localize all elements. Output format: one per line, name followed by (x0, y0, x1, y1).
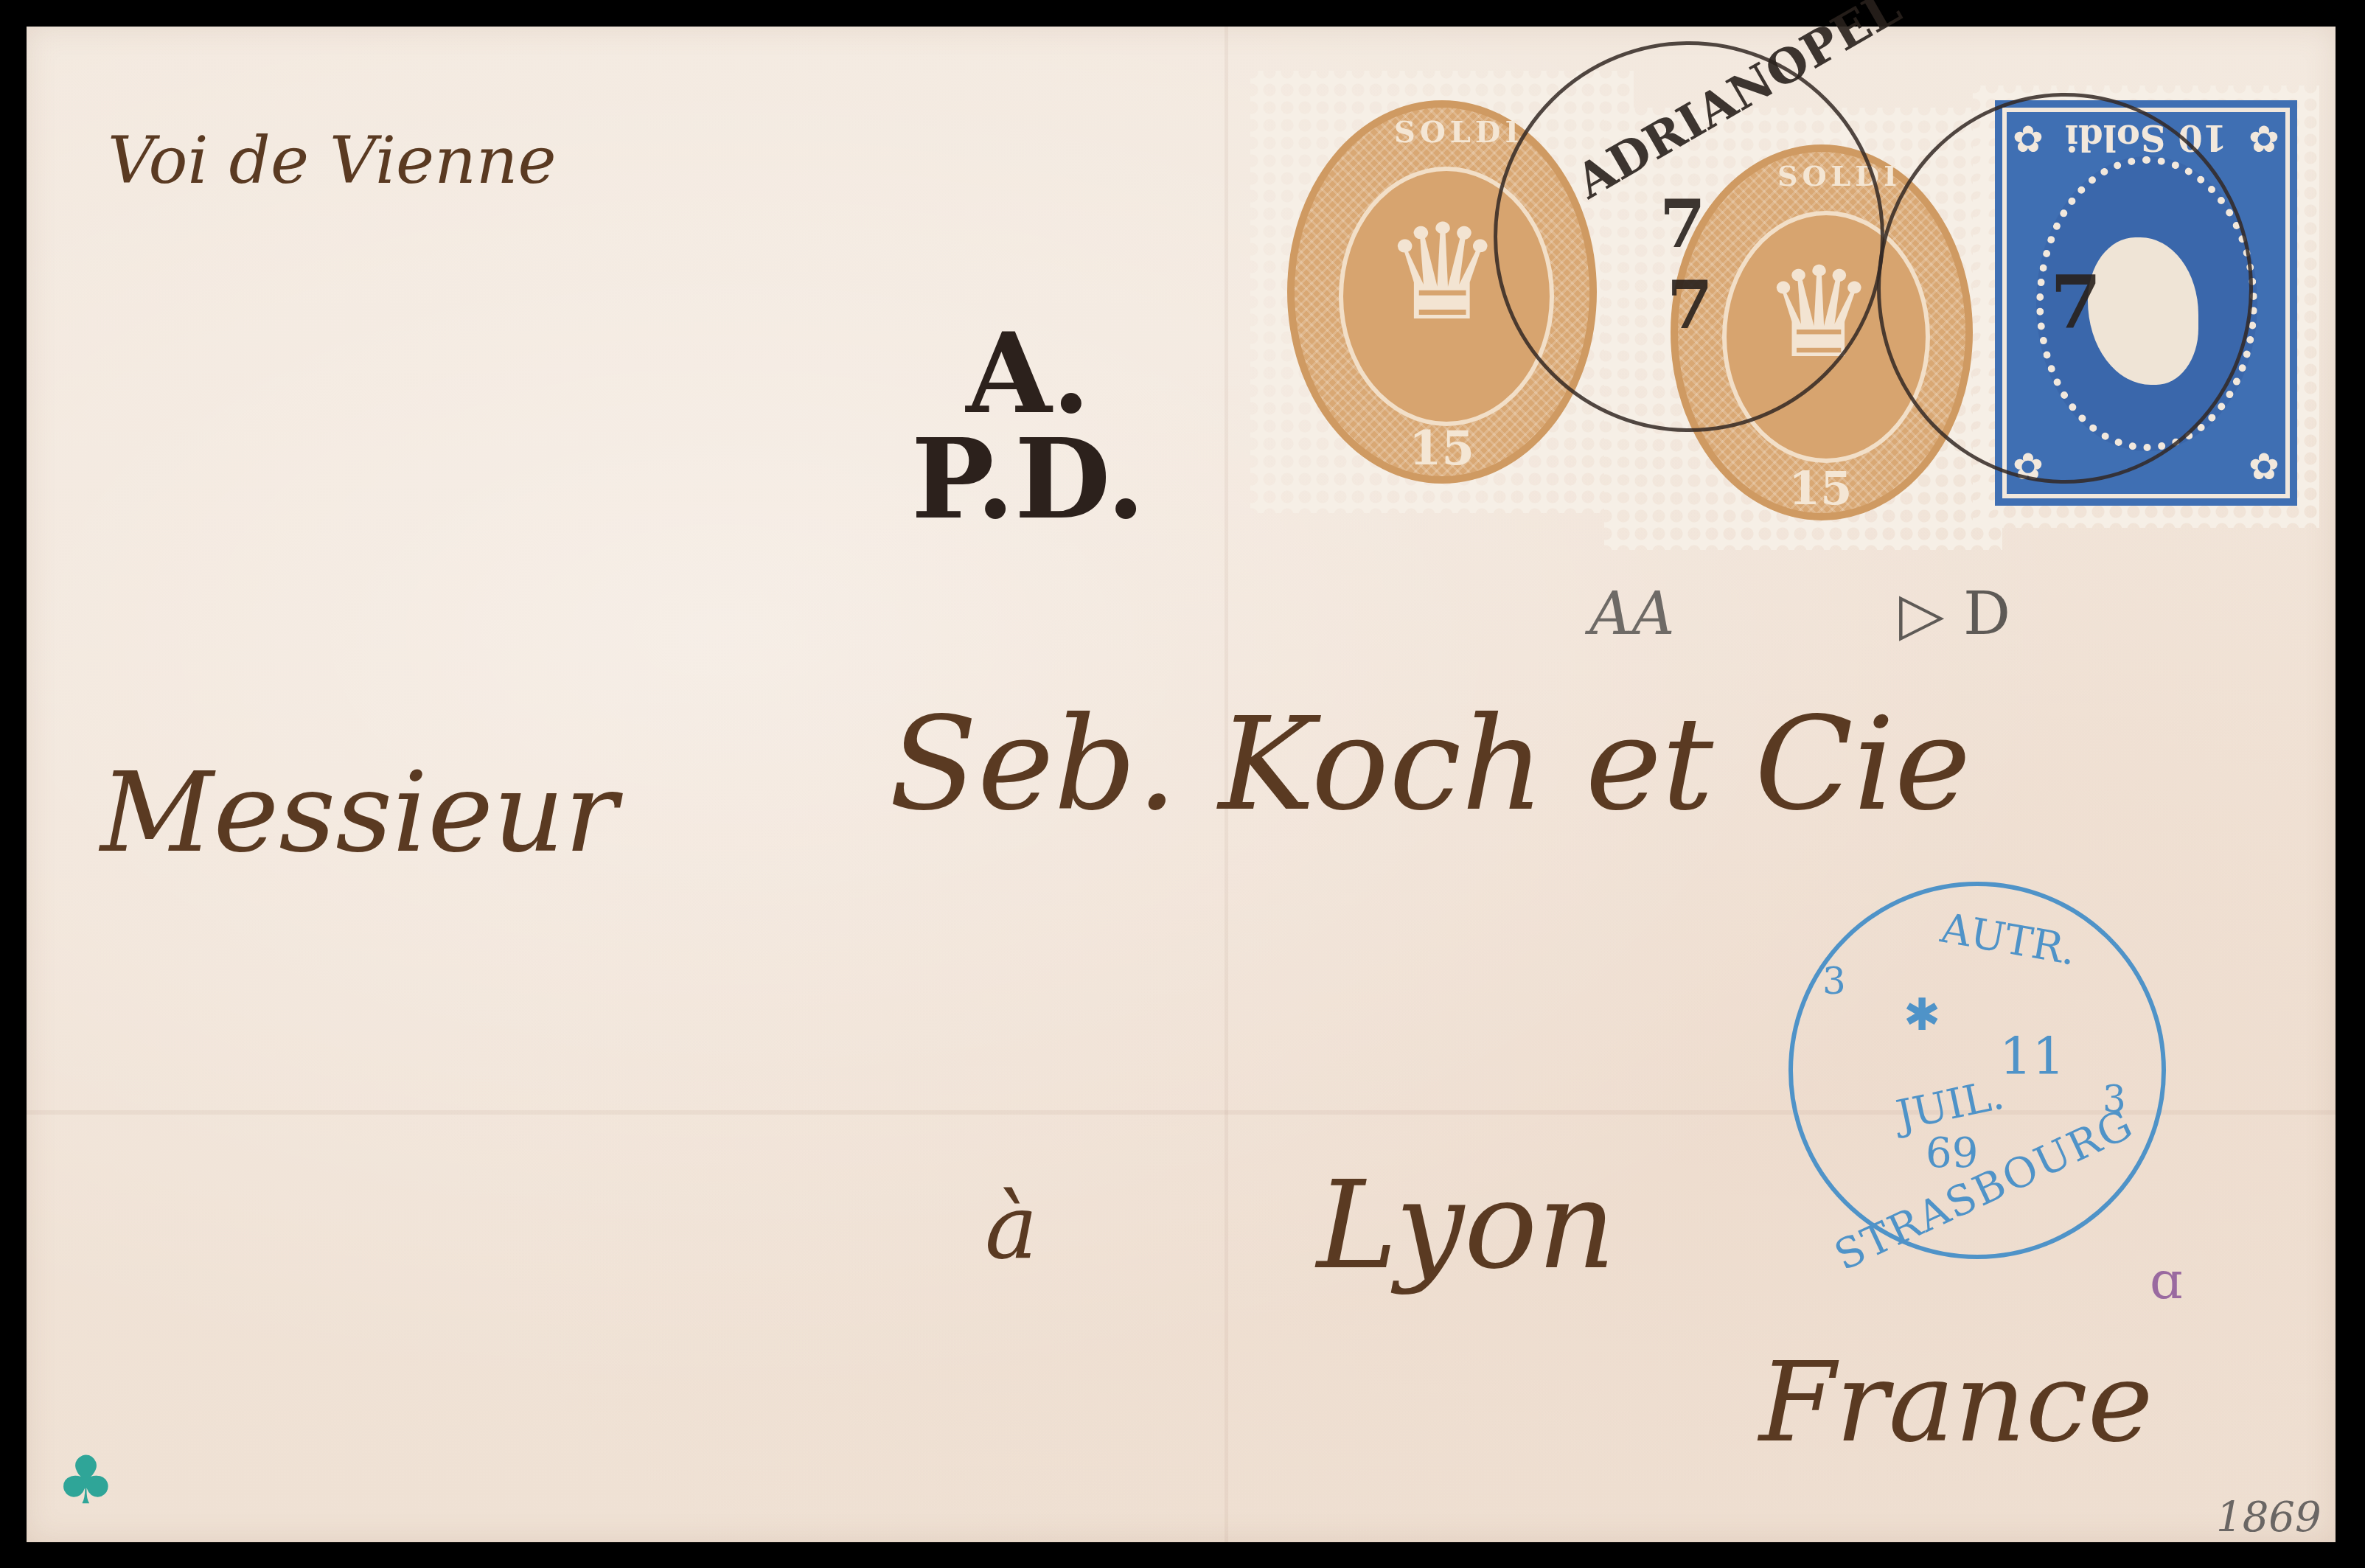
tree-icon: ♣ (56, 1442, 116, 1519)
address-country: France (1759, 1339, 2153, 1467)
origin-postmark-town: ADRIANOPEL (1567, 0, 1909, 209)
address-addressee: Seb. Koch et Cie (889, 690, 1971, 840)
transit-postmark-side: 3 (1822, 960, 1846, 1003)
address-prefix: à (985, 1177, 1038, 1279)
transit-postmark: AUTR. 3 3 ✱ 11 JUIL. 69 STRASBOURG (1788, 882, 2166, 1259)
origin-postmark-day: 7 (2050, 259, 2102, 346)
transit-postmark-bottom: STRASBOURG (1828, 1100, 2141, 1280)
stamp-currency: SOLDI (1394, 115, 1523, 150)
origin-postmark-second: 7 (1877, 93, 2253, 484)
corner-ornament-icon: ✿ (2249, 445, 2279, 488)
stamp-value: 15 (1409, 421, 1474, 476)
transit-postmark-top: AUTR. (1937, 904, 2080, 975)
address-salutation: Messieur (100, 749, 617, 877)
ap-marking-line1: A. (911, 321, 1145, 427)
transit-postmark-day: 11 (1999, 1026, 2065, 1087)
route-note: Voi de Vienne (108, 122, 557, 198)
star-icon: ✱ (1904, 989, 1940, 1041)
origin-postmark: ADRIANOPEL 7 7 (1494, 41, 1884, 432)
pencil-note: ▷ D (1899, 579, 2010, 648)
origin-postmark-day: 7 (1659, 185, 1706, 263)
origin-postmark-month: 7 (1667, 266, 1713, 344)
address-city: Lyon (1317, 1154, 1616, 1296)
stamp-value: 15 (1788, 461, 1852, 515)
corner-ornament-icon: ✿ (2249, 118, 2279, 161)
eagle-icon: ♛ (1383, 196, 1502, 350)
envelope-cover: Voi de Vienne A. P.D. ♛ 15 SOLDI ♛ 15 SO… (27, 27, 2336, 1542)
violet-mark: ɑ (2150, 1250, 2183, 1311)
year-note: 1869 (2216, 1494, 2322, 1541)
ap-marking-line2: P.D. (911, 427, 1145, 532)
ap-marking: A. P.D. (911, 321, 1145, 532)
pencil-note: AA (1589, 579, 1675, 648)
